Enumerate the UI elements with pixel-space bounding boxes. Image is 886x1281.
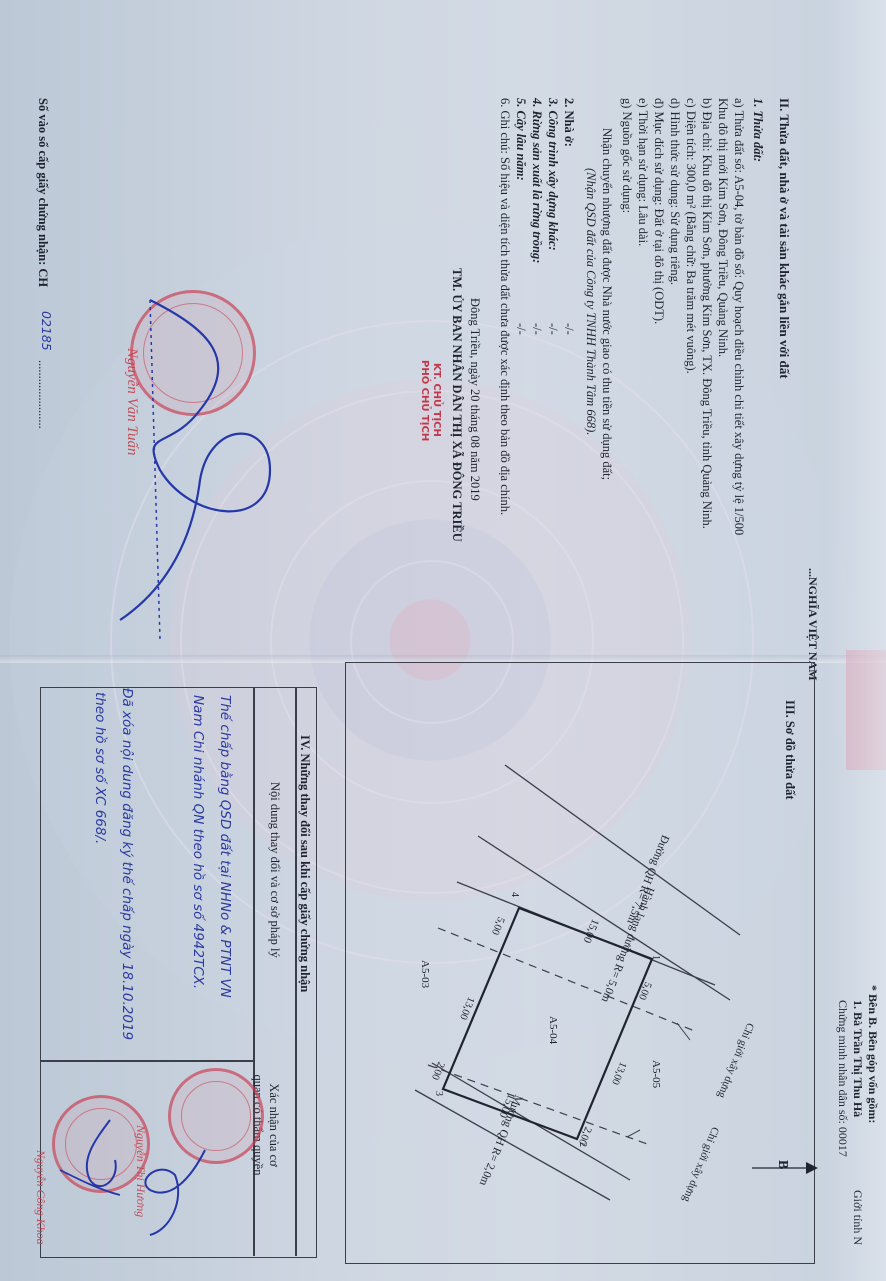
- certificate-photo: ...NGHĨA VIỆT NAM II. Thửa đất, nhà ở và…: [0, 0, 886, 1281]
- side-page-line-1: * Bên B. Bên góp vốn gồm:: [865, 985, 881, 1123]
- signatures-lower: [0, 0, 886, 1281]
- side-page-line-1-wrap: * Bên B. Bên góp vốn gồm:: [865, 985, 881, 1123]
- side-page-line-3: Chứng minh nhân dân số: 00017: [835, 1000, 851, 1157]
- side-page-line-2: 1. Bà Trần Thị Thu Hà: [850, 1000, 866, 1117]
- side-page-line-2-wrap: 1. Bà Trần Thị Thu Hà: [850, 1000, 866, 1117]
- side-page-gender: Giới tính N: [850, 1190, 866, 1245]
- side-page-line-3-wrap: Chứng minh nhân dân số: 00017: [835, 1000, 851, 1157]
- side-page-line-2b-wrap: Giới tính N: [850, 1190, 866, 1245]
